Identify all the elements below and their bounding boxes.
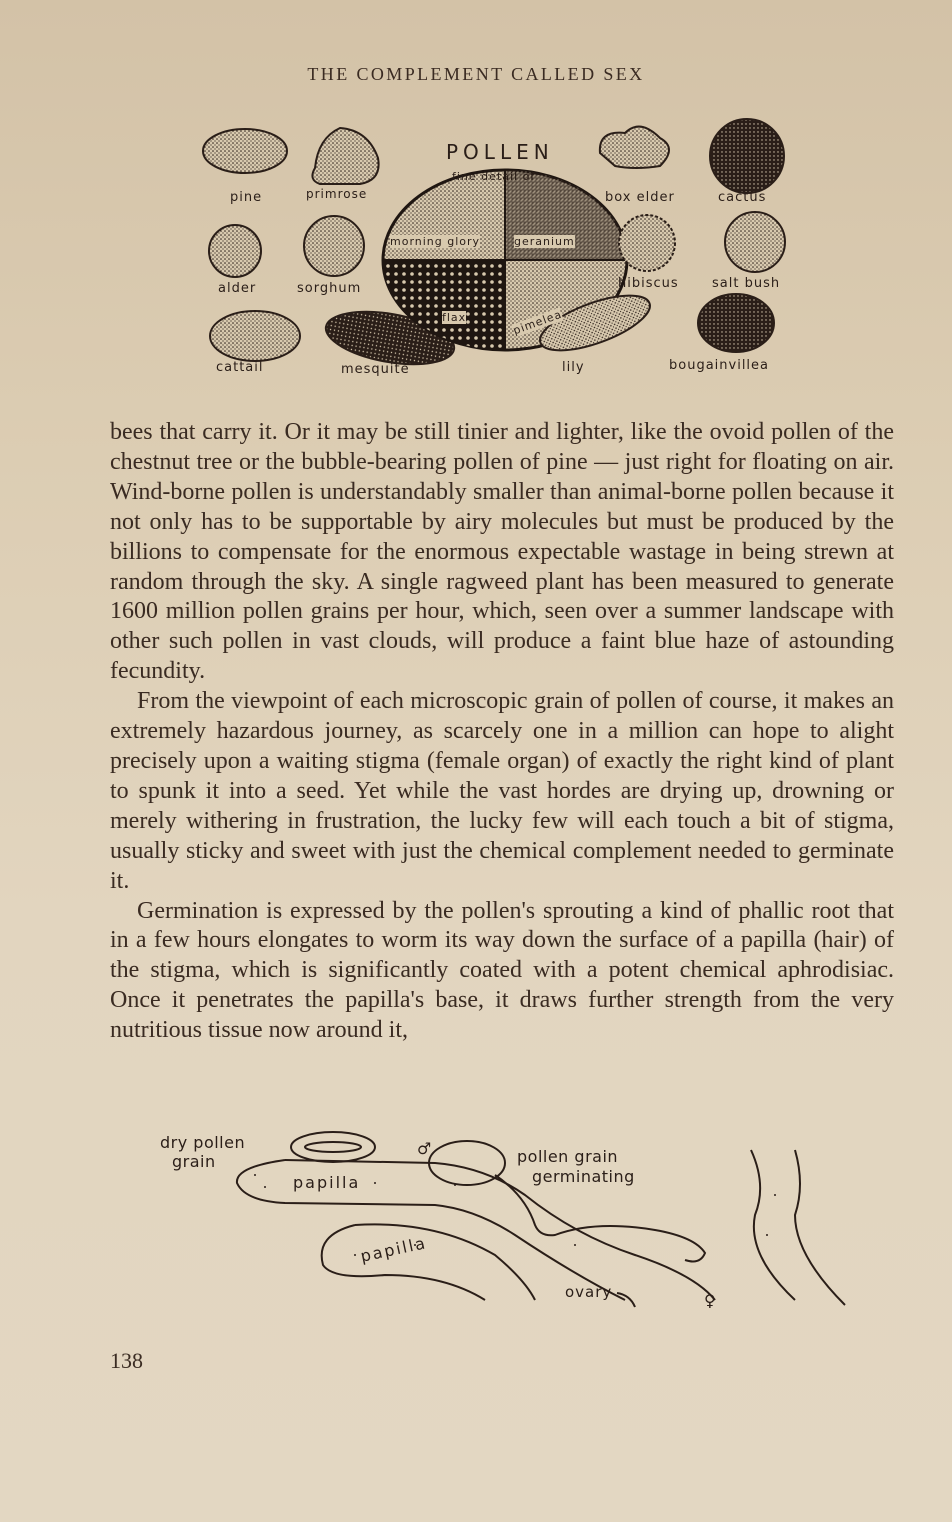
grain-label-lily: lily bbox=[562, 360, 585, 375]
female-symbol-icon: ♀ bbox=[704, 1291, 717, 1310]
label-dry-pollen: dry pollen bbox=[160, 1133, 245, 1152]
grain-label-cattail: cattail bbox=[216, 360, 264, 375]
grain-label-box-elder: box elder bbox=[605, 190, 675, 205]
pollen-illustration: POLLEN fine detail of morning glory gera… bbox=[200, 118, 800, 383]
grain-label-sorghum: sorghum bbox=[297, 281, 361, 296]
body-text: bees that carry it. Or it may be still t… bbox=[110, 418, 894, 1046]
quadrant-morning-glory: morning glory bbox=[390, 235, 480, 248]
germination-illustration: dry pollen grain papilla ♂ pollen grain … bbox=[155, 1125, 855, 1320]
grain-label-hibiscus: hibiscus bbox=[618, 276, 679, 291]
grain-label-mesquite: mesquite bbox=[341, 362, 410, 377]
label-ovary: ovary bbox=[565, 1283, 612, 1301]
grain-label-primrose: primrose bbox=[306, 187, 367, 201]
label-pollen-grain: pollen grain bbox=[517, 1147, 618, 1166]
grain-label-bougainvillea: bougainvillea bbox=[669, 358, 769, 373]
pollen-title: POLLEN bbox=[446, 140, 554, 164]
page-number: 138 bbox=[110, 1348, 143, 1374]
grain-label-salt-bush: salt bush bbox=[712, 276, 780, 291]
grain-label-cactus: cactus bbox=[718, 190, 766, 205]
paragraph-3: Germination is expressed by the pollen's… bbox=[110, 897, 894, 1047]
paragraph-1: bees that carry it. Or it may be still t… bbox=[110, 418, 894, 687]
papilla-drawing-icon bbox=[155, 1125, 855, 1320]
paragraph-2: From the viewpoint of each microscopic g… bbox=[110, 687, 894, 896]
quadrant-geranium: geranium bbox=[514, 235, 575, 248]
running-head: THE COMPLEMENT CALLED SEX bbox=[0, 64, 952, 85]
center-caption: fine detail of bbox=[452, 170, 535, 183]
male-symbol-icon: ♂ bbox=[417, 1139, 432, 1158]
label-germinating: germinating bbox=[532, 1167, 635, 1186]
grain-label-pine: pine bbox=[230, 190, 262, 205]
grain-label-alder: alder bbox=[218, 281, 256, 296]
label-grain: grain bbox=[172, 1152, 216, 1171]
quadrant-flax: flax bbox=[442, 311, 466, 324]
label-papilla-upper: papilla bbox=[293, 1173, 360, 1192]
